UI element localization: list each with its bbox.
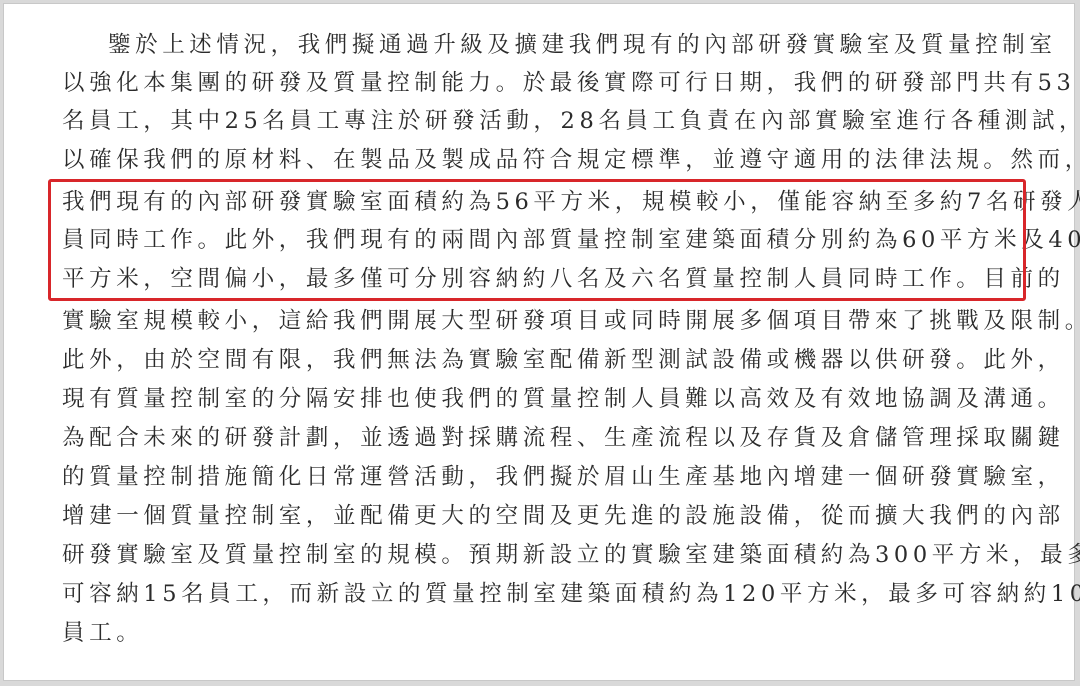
highlighted-paragraph-line: 我們現有的內部研發實驗室面積約為56平方米，規模較小，僅能容納至多約7名研發人 (62, 183, 1022, 221)
paragraph-line: 以強化本集團的研發及質量控制能力。於最後實際可行日期，我們的研發部門共有53 (62, 64, 1022, 102)
paragraph-line: 為配合未來的研發計劃，並透過對採購流程、生產流程以及存貨及倉儲管理採取關鍵 (62, 419, 1022, 457)
paragraph-line: 的質量控制措施簡化日常運營活動，我們擬於眉山生產基地內增建一個研發實驗室， (62, 458, 1022, 496)
paragraph-line: 可容納15名員工，而新設立的質量控制室建築面積約為120平方米，最多可容納約10… (62, 575, 1022, 613)
highlighted-paragraph-line: 員同時工作。此外，我們現有的兩間內部質量控制室建築面積分別約為60平方米及40 (62, 221, 1022, 259)
paragraph-line: 現有質量控制室的分隔安排也使我們的質量控制人員難以高效及有效地協調及溝通。 (62, 380, 1022, 418)
paragraph-line: 增建一個質量控制室，並配備更大的空間及更先進的設施設備，從而擴大我們的內部 (62, 497, 1022, 535)
paragraph-line: 員工。 (62, 614, 1022, 652)
highlighted-paragraph-line: 平方米，空間偏小，最多僅可分別容納約八名及六名質量控制人員同時工作。目前的 (62, 260, 1022, 298)
paragraph-line: 此外，由於空間有限，我們無法為實驗室配備新型測試設備或機器以供研發。此外， (62, 341, 1022, 379)
document-page: 鑒於上述情況，我們擬通過升級及擴建我們現有的內部研發實驗室及質量控制室 以強化本… (3, 3, 1075, 681)
paragraph-line: 以確保我們的原材料、在製品及製成品符合規定標準，並遵守適用的法律法規。然而， (62, 141, 1022, 179)
paragraph-line: 名員工，其中25名員工專注於研發活動，28名員工負責在內部實驗室進行各種測試， (62, 102, 1022, 140)
paragraph-line: 鑒於上述情況，我們擬通過升級及擴建我們現有的內部研發實驗室及質量控制室 (108, 26, 1022, 64)
paragraph-line: 研發實驗室及質量控制室的規模。預期新設立的實驗室建築面積約為300平方米，最多 (62, 536, 1022, 574)
paragraph-line: 實驗室規模較小，這給我們開展大型研發項目或同時開展多個項目帶來了挑戰及限制。 (62, 302, 1022, 340)
